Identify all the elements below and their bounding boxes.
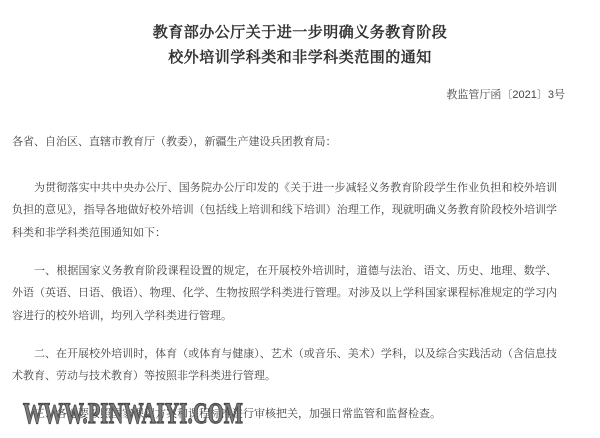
paragraph-item-1: 一、根据国家义务教育阶段课程设置的规定，在开展校外培训时，道德与法治、语文、历史… <box>12 260 557 328</box>
title-line-1: 教育部办公厅关于进一步明确义务教育阶段 <box>0 20 600 45</box>
document-number: 教监管厅函〔2021〕3号 <box>0 88 600 103</box>
paragraph-item-2: 二、在开展校外培训时，体育（或体育与健康）、艺术（或音乐、美术）学科，以及综合实… <box>12 343 557 388</box>
document-body: 各省、自治区、直辖市教育厅（教委），新疆生产建设兵团教育局： 为贯彻落实中共中央… <box>12 131 557 426</box>
paragraph-intro: 为贯彻落实中共中央办公厅、国务院办公厅印发的《关于进一步减轻义务教育阶段学生作业… <box>12 177 557 245</box>
salutation-line: 各省、自治区、直辖市教育厅（教委），新疆生产建设兵团教育局： <box>12 131 557 154</box>
paragraph-item-3: 三、各地要按照国家课程方案和课程标准进行审核把关，加强日常监管和监督检查。 <box>12 403 557 426</box>
title-line-2: 校外培训学科类和非学科类范围的通知 <box>0 45 600 70</box>
document-title: 教育部办公厅关于进一步明确义务教育阶段 校外培训学科类和非学科类范围的通知 <box>0 20 600 70</box>
document-page: 教育部办公厅关于进一步明确义务教育阶段 校外培训学科类和非学科类范围的通知 教监… <box>0 0 600 438</box>
